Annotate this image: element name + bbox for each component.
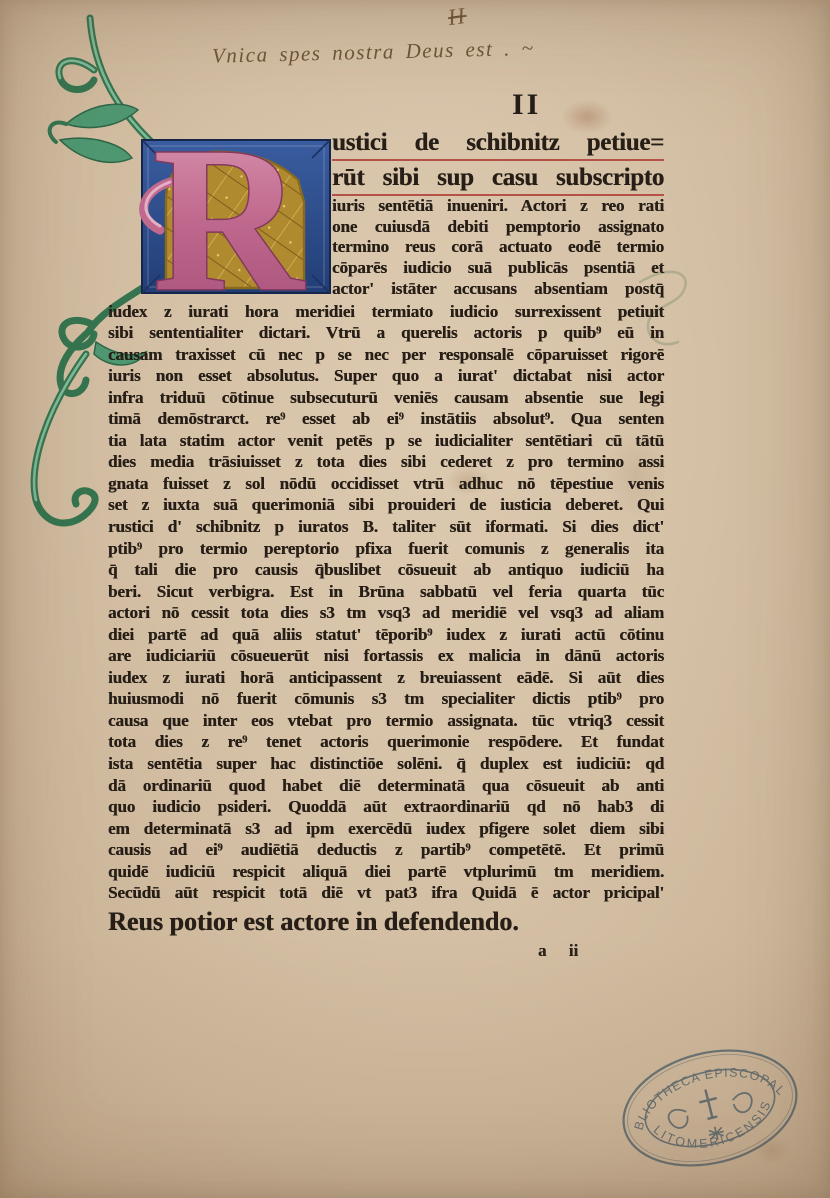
body-line: Secūdū aūt respicit totā diē vt pat3 ifr… (108, 882, 664, 904)
body-line: causis ad ei⁹ audiētiā deductis z partib… (108, 839, 664, 861)
heading-line: ustici de schibnitz petiue= (332, 126, 664, 161)
intro-lines: iuris sentētiā inueniri. Actori z reo ra… (332, 196, 664, 300)
stamp-ornament-left (667, 1107, 690, 1130)
body-line: set z iuxta suā querimoniā sibi prouider… (108, 494, 664, 516)
body-line: are iudiciariū cōsueuerūt nisi fortassis… (108, 645, 664, 667)
body-line: dā ordinariū quod habet diē determinatā … (108, 775, 664, 797)
intro-line: termino reus corā actuato eodē termio (332, 237, 664, 258)
body-line: tota dies z re⁹ tenet actoris querimonie… (108, 731, 664, 753)
body-line: diei partē ad quā aliis statut' tēporib⁹… (108, 624, 664, 646)
stamp-ornament-right (732, 1091, 755, 1114)
body-line: quo iudicio psideri. Quoddā aūt extraord… (108, 796, 664, 818)
body-line: iuris non esset absolutus. Super quo a i… (108, 365, 664, 387)
body-line: causam traxisset cū nec p se nec per res… (108, 344, 664, 366)
heading-line: rūt sibi sup casu subscripto (332, 161, 664, 196)
body-line: tia lata statim actor venit petēs p se i… (108, 430, 664, 452)
incunabulum-page: H Vnica spes nostra Deus est . ~ II (0, 0, 830, 1198)
body-line: actori nō cessit tota dies s3 tm vsq3 ad… (108, 602, 664, 624)
body-line: ista sentētia super hac distinctiōe solē… (108, 753, 664, 775)
body-line: q̄ tali die pro causis q̄buslibet cōsueu… (108, 559, 664, 581)
body-line: infra triduū cōtinue subsecuturū veniēs … (108, 387, 664, 409)
intro-line: actor' istāter accusans absentiam postq̄ (332, 279, 664, 300)
intro-line: one cuiusdā debiti pemptorio assignato (332, 217, 664, 238)
text-block: ustici de schibnitz petiue=rūt sibi sup … (108, 118, 664, 961)
chapter-numeral: II (512, 88, 541, 122)
body-line: gnata fuisset z sol nōdū occidisset vtrū… (108, 473, 664, 495)
body-line: beri. Sicut verbigra. Est in Brūna sabba… (108, 581, 664, 603)
body-line: rustici d' schibnitz p iuratos B. talite… (108, 516, 664, 538)
body-line: em determinatā s3 ad ipm exercēdū iudex … (108, 818, 664, 840)
chapter-heading: ustici de schibnitz petiue=rūt sibi sup … (332, 126, 664, 196)
pen-trial-mark: H (446, 3, 468, 31)
body-line: iudex z iurati hora meridiei termiato iu… (108, 301, 664, 323)
body-line: causa que inter eos vtebat pro termio as… (108, 710, 664, 732)
handwritten-inscription: Vnica spes nostra Deus est . ~ (212, 32, 682, 68)
body-line: quidē iudiciū respicit aliquā diei partē… (108, 861, 664, 883)
cross-icon (698, 1089, 720, 1120)
intro-line: cōparēs iudicio suā publicās psentiā et (332, 258, 664, 279)
body-text: iudex z iurati hora meridiei termiato iu… (108, 301, 664, 904)
body-line: ptib⁹ pro termio pereptorio pfixa fuerit… (108, 538, 664, 560)
quire-signature: a ii (538, 941, 664, 961)
body-line: sibi sententialiter dictari. Vtrū a quer… (108, 322, 664, 344)
library-stamp: BIBLIOTHECA EPISCOPALIS LITOMERICENSIS (610, 1040, 810, 1185)
intro-line: iuris sentētiā inueniri. Actori z reo ra… (332, 196, 664, 217)
body-line: timā demōstrarct. re⁹ esset ab ei⁹ instā… (108, 408, 664, 430)
body-line: huiusmodi nō fuerit cōmunis s3 tm specia… (108, 688, 664, 710)
body-line: dies media trāsiuisset z tota dies sibi … (108, 451, 664, 473)
maxim-display-line: Reus potior est actore in defendendo. (108, 907, 664, 937)
body-line: iudex z iurati horā anticipassent z breu… (108, 667, 664, 689)
